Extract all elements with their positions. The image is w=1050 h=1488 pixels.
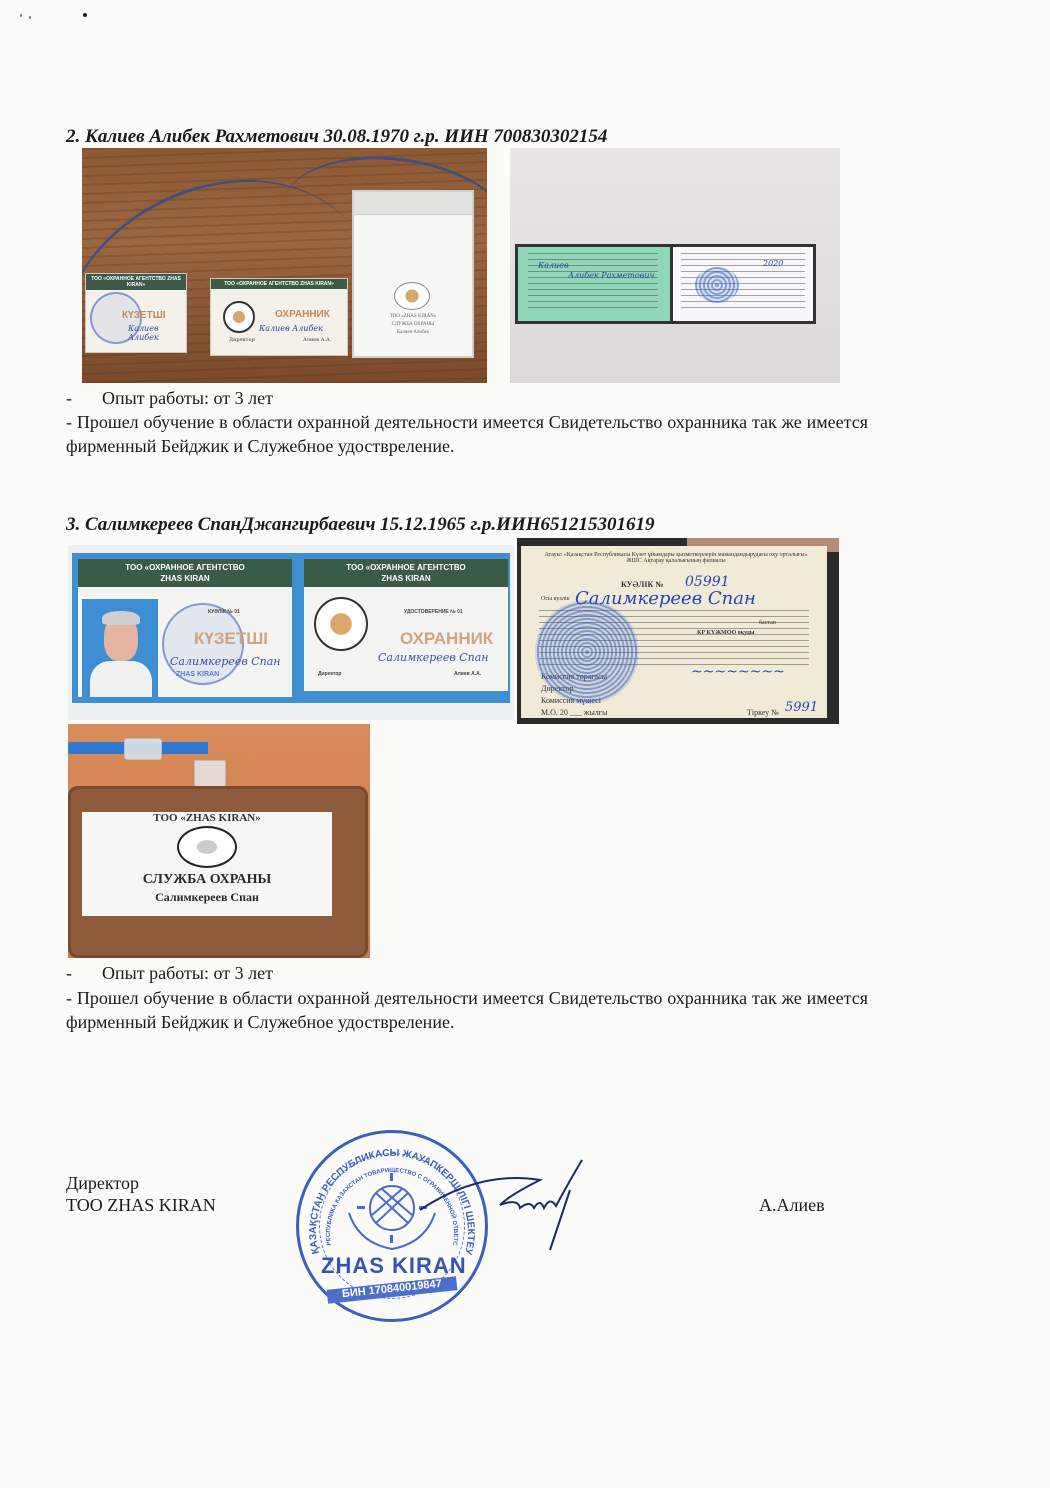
stamp-mark xyxy=(695,267,739,303)
section-3-heading: 3. Салимкереев СпанДжангирбаевич 15.12.1… xyxy=(66,514,655,536)
certificate-green-page: Калиев Алибек Рахметович xyxy=(515,244,673,324)
eagle-logo-icon xyxy=(394,282,430,310)
handwritten-name: Алибек Рахметович xyxy=(568,271,654,280)
kuelik-header: Атауы: «Қазақстан Республикасы Күзет ұйы… xyxy=(541,552,811,564)
holder-card-line1: ТОО «ZHAS KIRAN» xyxy=(82,812,332,824)
section-2-experience: -Опыт работы: от 3 лет xyxy=(66,386,868,410)
badge-role: КҮЗЕТШІ xyxy=(122,310,166,321)
id-folder-photo: ТОО «ОХРАННОЕ АГЕНТСТВОZHAS KIRAN КУӘЛІК… xyxy=(68,545,514,720)
signer-name: А.Алиев xyxy=(759,1194,825,1216)
certificate-photo: Калиев Алибек Рахметович 2020 xyxy=(510,148,840,383)
kuelik-line: Осы куәлік xyxy=(541,596,570,602)
section-3-training: - Прошел обучение в области охранной дея… xyxy=(66,986,868,1034)
badge-card-okhrannik: ТОО «ОХРАННОЕ АГЕНТСТВО ZHAS KIRAN» ОХРА… xyxy=(210,278,348,356)
kuelik-paper: Атауы: «Қазақстан Республикасы Күзет ұйы… xyxy=(521,546,827,718)
kuelik-footer: М.О. 20 ___ жылғы xyxy=(541,708,607,717)
badges-photo: ТОО «ОХРАННОЕ АГЕНТСТВО ZHAS KIRAN» КҮЗЕ… xyxy=(82,148,487,383)
id-right-page: ТОО «ОХРАННОЕ АГЕНТСТВОZHAS KIRAN УДОСТО… xyxy=(304,559,508,691)
kuelik-photo: Атауы: «Қазақстан Республикасы Күзет ұйы… xyxy=(517,538,839,724)
portrait-photo xyxy=(82,599,158,697)
id-number-label: УДОСТОВЕРЕНИЕ № 01 xyxy=(404,609,463,615)
badge-band: ТОО «ОХРАННОЕ АГЕНТСТВО ZHAS KIRAN» xyxy=(211,279,347,289)
holder-card-line3: Салимкереев Спан xyxy=(82,890,332,905)
id-director-name: Алиев А.А. xyxy=(454,671,481,677)
badge-signature: Калиев Алибек xyxy=(259,324,323,333)
holder-photo: ТОО «ZHAS KIRAN» СЛУЖБА ОХРАНЫ Салимкере… xyxy=(68,724,370,958)
badge-band: ТОО «ОХРАННОЕ АГЕНТСТВО ZHAS KIRAN» xyxy=(86,274,186,290)
scan-speck xyxy=(83,13,87,17)
badge-role: ОХРАННИК xyxy=(275,309,330,320)
scan-speck xyxy=(20,14,22,17)
badge-signature: Калиев Алибек xyxy=(128,324,186,342)
id-band: ТОО «ОХРАННОЕ АГЕНТСТВОZHAS KIRAN xyxy=(78,559,292,587)
section-2-training: - Прошел обучение в области охранной дея… xyxy=(66,410,868,458)
id-signature: Салимкереев Спан xyxy=(170,655,281,668)
strap-clip xyxy=(124,738,162,760)
badge-director: Директор xyxy=(229,337,255,343)
holder-card: ТОО «ZHAS KIRAN» СЛУЖБА ОХРАНЫ Салимкере… xyxy=(82,812,332,916)
id-director: Директор xyxy=(318,671,341,677)
stamp-mark xyxy=(535,600,639,704)
kuelik-reg-label: Тіркеу № xyxy=(747,708,779,717)
handwritten-name: Калиев xyxy=(538,261,569,270)
badge-director-name: Алиев А.А. xyxy=(303,337,331,343)
id-signature: Салимкереев Спан xyxy=(378,651,489,664)
certificate-number: 2020 xyxy=(763,259,783,268)
id-left-page: ТОО «ОХРАННОЕ АГЕНТСТВОZHAS KIRAN КУӘЛІК… xyxy=(78,559,292,697)
holder-line3: Калиев Алибек xyxy=(354,330,472,335)
signer-position: Директор xyxy=(66,1172,139,1194)
eagle-logo-icon xyxy=(314,597,368,651)
section-2-heading: 2. Калиев Алибек Рахметович 30.08.1970 г… xyxy=(66,126,607,148)
holder-line1: ТОО «ZHAS KIRAN» xyxy=(354,314,472,319)
stamp-text: ZHAS KIRAN xyxy=(176,671,219,678)
certificate-white-page: 2020 xyxy=(670,244,816,324)
section-3-experience: -Опыт работы: от 3 лет xyxy=(66,961,868,985)
id-role: КҮЗЕТШІ xyxy=(194,629,268,649)
id-number-label: КУӘЛІК № 01 xyxy=(208,609,240,615)
eagle-logo-icon xyxy=(223,301,255,333)
badge-card-kuzetshi: ТОО «ОХРАННОЕ АГЕНТСТВО ZHAS KIRAN» КҮЗЕ… xyxy=(85,273,187,353)
holder-card-line2: СЛУЖБА ОХРАНЫ xyxy=(82,872,332,888)
holder-line2: СЛУЖБА ОХРАНЫ xyxy=(354,322,472,327)
eagle-logo-icon xyxy=(177,826,237,868)
id-role: ОХРАННИК xyxy=(400,629,493,649)
handwritten-signature: Alice xyxy=(400,1150,620,1260)
scan-speck xyxy=(29,16,31,19)
id-band: ТОО «ОХРАННОЕ АГЕНТСТВОZHAS KIRAN xyxy=(304,559,508,587)
kuelik-signatures: ~~~~~~~~ xyxy=(691,664,785,680)
signer-company: ТОО ZHAS KIRAN xyxy=(66,1194,216,1216)
kuelik-reg-number: 5991 xyxy=(785,700,818,715)
badge-holder: ТОО «ZHAS KIRAN» СЛУЖБА ОХРАНЫ Калиев Ал… xyxy=(352,190,474,358)
